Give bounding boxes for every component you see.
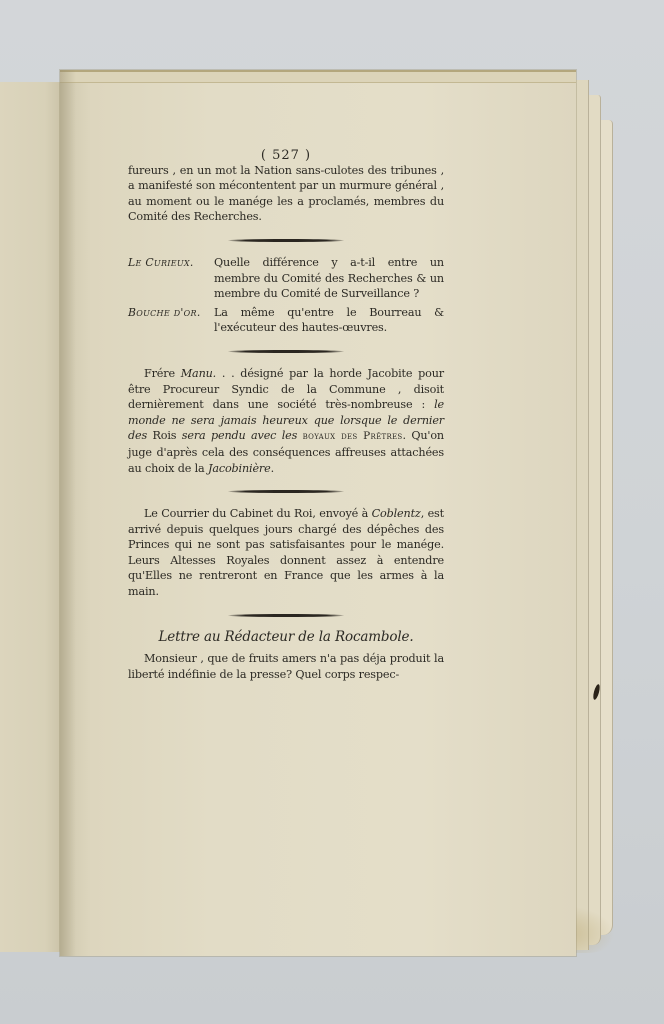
italic-place: Coblentz [372, 507, 421, 520]
text-span: , est arrivé depuis quelques jours charg… [128, 507, 444, 598]
page-gutter-shadow [60, 70, 76, 956]
section-divider [228, 239, 344, 242]
section-divider [228, 350, 344, 353]
page-text-block: ( 527 ) fureurs , en un mot la Nation sa… [128, 148, 444, 682]
text-span: Rois [153, 429, 177, 442]
dialogue-line: Bouche d'or. La même qu'entre le Bourrea… [128, 305, 444, 336]
text-span: Le Courrier du Cabinet du Roi, envoyé à [144, 507, 372, 520]
book-page: ( 527 ) fureurs , en un mot la Nation sa… [60, 70, 576, 956]
paragraph-courrier: Le Courrier du Cabinet du Roi, envoyé à … [128, 506, 444, 600]
facing-page-fragment [0, 82, 64, 952]
speech-text: La même qu'entre le Bourreau & l'exécute… [214, 305, 444, 336]
italic-quote: sera pendu avec les [176, 429, 302, 442]
small-caps-quote: boyaux des Prêtres [303, 430, 403, 442]
page-deckled-top-edge [60, 70, 576, 83]
italic-term: Jacobinière [208, 462, 271, 475]
section-divider [228, 490, 344, 493]
text-span: Frére [144, 367, 181, 380]
page-number: ( 527 ) [128, 148, 444, 164]
text-span: . [271, 462, 274, 475]
section-divider [228, 614, 344, 617]
paragraph-frere-manu: Frére Manu. . . désigné par la horde Jac… [128, 366, 444, 476]
letter-opening: Monsieur , que de fruits amers n'a pas d… [128, 651, 444, 682]
speaker-name: Le Curieux. [128, 255, 214, 302]
letter-heading: Lettre au Rédacteur de la Rocambole. [128, 630, 444, 646]
opening-paragraph: fureurs , en un mot la Nation sans-culot… [128, 163, 444, 225]
italic-name: Manu. [181, 367, 216, 380]
dialogue-line: Le Curieux. Quelle différence y a-t-il e… [128, 255, 444, 302]
speaker-name: Bouche d'or. [128, 305, 214, 336]
speech-text: Quelle différence y a-t-il entre un memb… [214, 255, 444, 302]
